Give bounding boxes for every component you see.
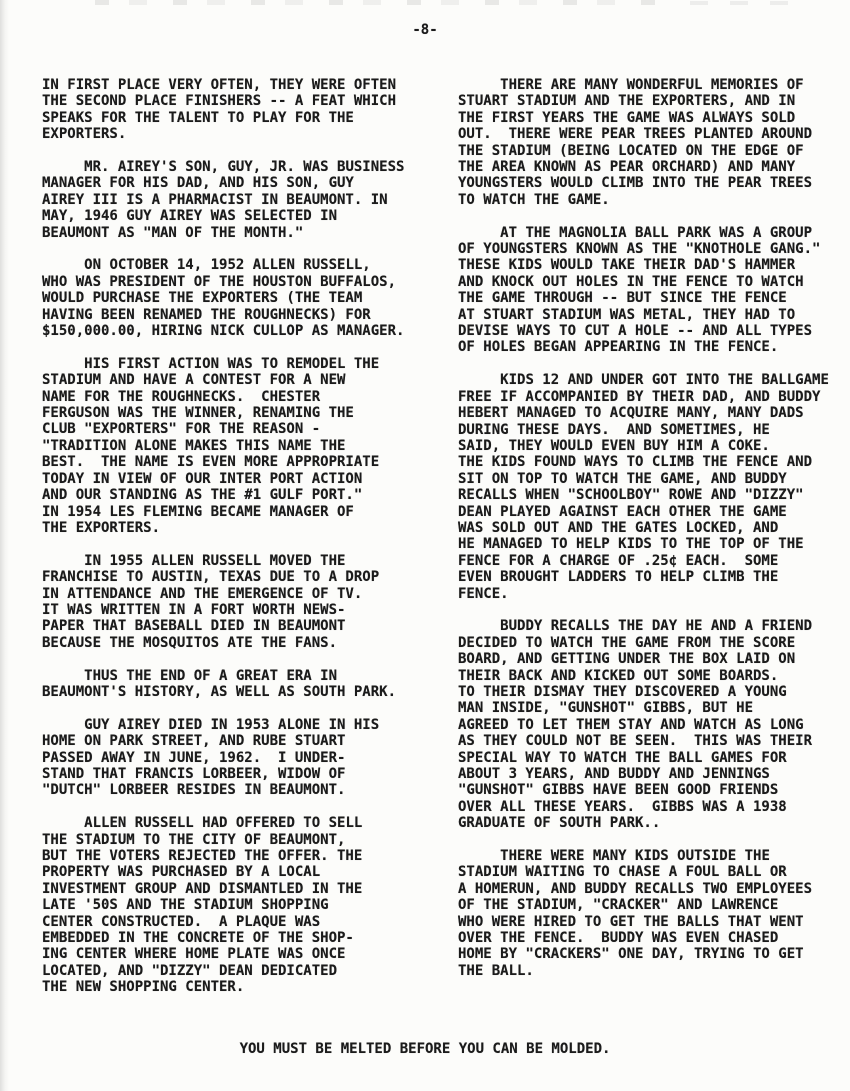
- footer-quote: YOU MUST BE MELTED BEFORE YOU CAN BE MOL…: [0, 1041, 850, 1057]
- paragraph: THUS THE END OF A GREAT ERA IN BEAUMONT'…: [42, 668, 446, 701]
- page-number: -8-: [0, 22, 850, 38]
- scan-edge-artifact: [0, 0, 9, 1091]
- paragraph: AT THE MAGNOLIA BALL PARK WAS A GROUP OF…: [458, 225, 848, 356]
- paragraph-continuation: IN FIRST PLACE VERY OFTEN, THEY WERE OFT…: [42, 77, 446, 143]
- right-column: THERE ARE MANY WONDERFUL MEMORIES OF STU…: [458, 77, 848, 979]
- paragraph: ON OCTOBER 14, 1952 ALLEN RUSSELL, WHO W…: [42, 257, 446, 339]
- paragraph: HIS FIRST ACTION WAS TO REMODEL THE STAD…: [42, 356, 446, 536]
- paragraph: IN 1955 ALLEN RUSSELL MOVED THE FRANCHIS…: [42, 553, 446, 651]
- paragraph: THERE ARE MANY WONDERFUL MEMORIES OF STU…: [458, 77, 848, 208]
- document-page: -8- IN FIRST PLACE VERY OFTEN, THEY WERE…: [0, 0, 850, 1091]
- paragraph: KIDS 12 AND UNDER GOT INTO THE BALLGAME …: [458, 372, 848, 602]
- left-column: IN FIRST PLACE VERY OFTEN, THEY WERE OFT…: [42, 77, 446, 996]
- paragraph: ALLEN RUSSELL HAD OFFERED TO SELL THE ST…: [42, 815, 446, 995]
- scan-top-smudge: [690, 1, 810, 5]
- paragraph: MR. AIREY'S SON, GUY, JR. WAS BUSINESS M…: [42, 159, 446, 241]
- paragraph: THERE WERE MANY KIDS OUTSIDE THE STADIUM…: [458, 848, 848, 979]
- paragraph: GUY AIREY DIED IN 1953 ALONE IN HIS HOME…: [42, 717, 446, 799]
- scan-top-smudge: [95, 0, 655, 5]
- paragraph: BUDDY RECALLS THE DAY HE AND A FRIEND DE…: [458, 618, 848, 831]
